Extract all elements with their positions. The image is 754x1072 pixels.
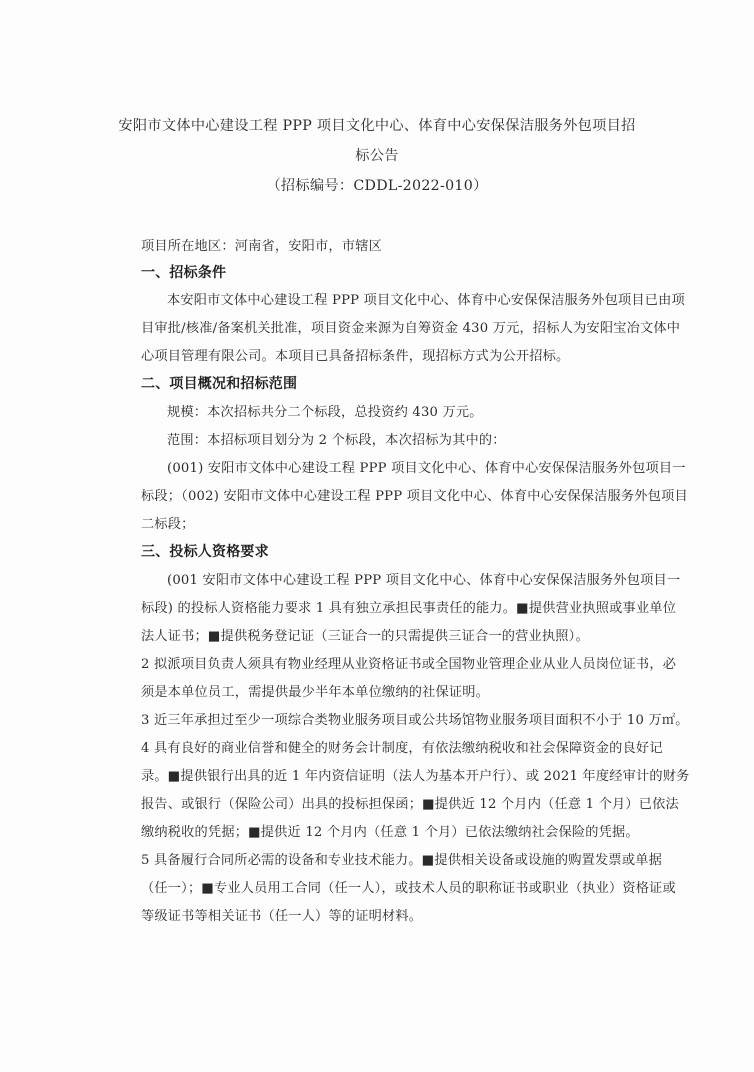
section1-line: 心项目管理有限公司。本项目已具备招标条件，现招标方式为公开招标。 bbox=[141, 348, 615, 366]
section3-line: 须是本单位员工，需提供最少半年本单位缴纳的社保证明。 bbox=[141, 684, 615, 702]
section3-line: 4 具有良好的商业信誉和健全的财务会计制度，有依法缴纳税收和社会保障资金的良好记 bbox=[141, 740, 615, 758]
section3-line: 等级证书等相关证书（任一人）等的证明材料。 bbox=[141, 908, 615, 926]
project-location: 项目所在地区：河南省，安阳市，市辖区 bbox=[141, 238, 615, 256]
section3-line: 2 拟派项目负责人须具有物业经理从业资格证书或全国物业管理企业从业人员岗位证书，… bbox=[141, 656, 615, 674]
section3-line: 报告、或银行（保险公司）出具的投标担保函；■提供近 12 个月内（任意 1 个月… bbox=[141, 796, 615, 814]
section3-line: （任一）；■专业人员用工合同（任一人），或技术人员的职称证书或职业（执业）资格证… bbox=[141, 880, 615, 898]
section2-line: 范围：本招标项目划分为 2 个标段，本次招标为其中的： bbox=[167, 432, 506, 450]
section2-line: 规模：本次招标共分二个标段，总投资约 430 万元。 bbox=[167, 404, 483, 422]
document-title-line2: 标公告 bbox=[0, 147, 754, 165]
section2-line: (001) 安阳市文体中心建设工程 PPP 项目文化中心、体育中心安保保洁服务外… bbox=[167, 460, 686, 478]
document-title-line1: 安阳市文体中心建设工程 PPP 项目文化中心、体育中心安保保洁服务外包项目招 bbox=[0, 117, 754, 135]
section3-line: 录。■提供银行出具的近 1 年内资信证明（法人为基本开户行）、或 2021 年度… bbox=[141, 768, 615, 786]
section1-line: 本安阳市文体中心建设工程 PPP 项目文化中心、体育中心安保保洁服务外包项目已由… bbox=[167, 292, 685, 310]
section3-line: 标段) 的投标人资格能力要求 1 具有独立承担民事责任的能力。■提供营业执照或事… bbox=[141, 600, 615, 618]
section-heading-bidder-qualifications: 三、投标人资格要求 bbox=[141, 543, 615, 561]
section3-line: (001 安阳市文体中心建设工程 PPP 项目文化中心、体育中心安保保洁服务外包… bbox=[167, 572, 680, 590]
section3-line: 缴纳税收的凭据；■提供近 12 个月内（任意 1 个月）已依法缴纳社会保险的凭据… bbox=[141, 824, 615, 842]
section2-line: 标段；（002) 安阳市文体中心建设工程 PPP 项目文化中心、体育中心安保保洁… bbox=[141, 488, 615, 506]
section-heading-bidding-conditions: 一、招标条件 bbox=[141, 264, 615, 282]
document-page: 安阳市文体中心建设工程 PPP 项目文化中心、体育中心安保保洁服务外包项目招 标… bbox=[0, 0, 754, 1072]
section3-line: 3 近三年承担过至少一项综合类物业服务项目或公共场馆物业服务项目面积不小于 10… bbox=[141, 712, 615, 730]
section3-line: 5 具备履行合同所必需的设备和专业技术能力。■提供相关设备或设施的购置发票或单据 bbox=[141, 852, 615, 870]
section-heading-project-overview: 二、项目概况和招标范围 bbox=[141, 375, 615, 393]
tender-number: （招标编号：CDDL-2022-010） bbox=[0, 177, 754, 195]
section3-line: 法人证书；■提供税务登记证（三证合一的只需提供三证合一的营业执照）。 bbox=[141, 628, 615, 646]
section1-line: 目审批/核准/备案机关批准，项目资金来源为自筹资金 430 万元，招标人为安阳宝… bbox=[141, 320, 615, 338]
section2-line: 二标段； bbox=[141, 516, 615, 534]
